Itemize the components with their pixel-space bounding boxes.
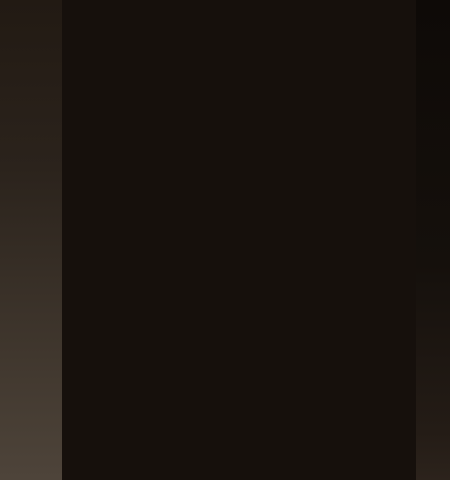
newspaper-sheet	[46, 0, 430, 480]
photo-scene	[0, 0, 450, 480]
